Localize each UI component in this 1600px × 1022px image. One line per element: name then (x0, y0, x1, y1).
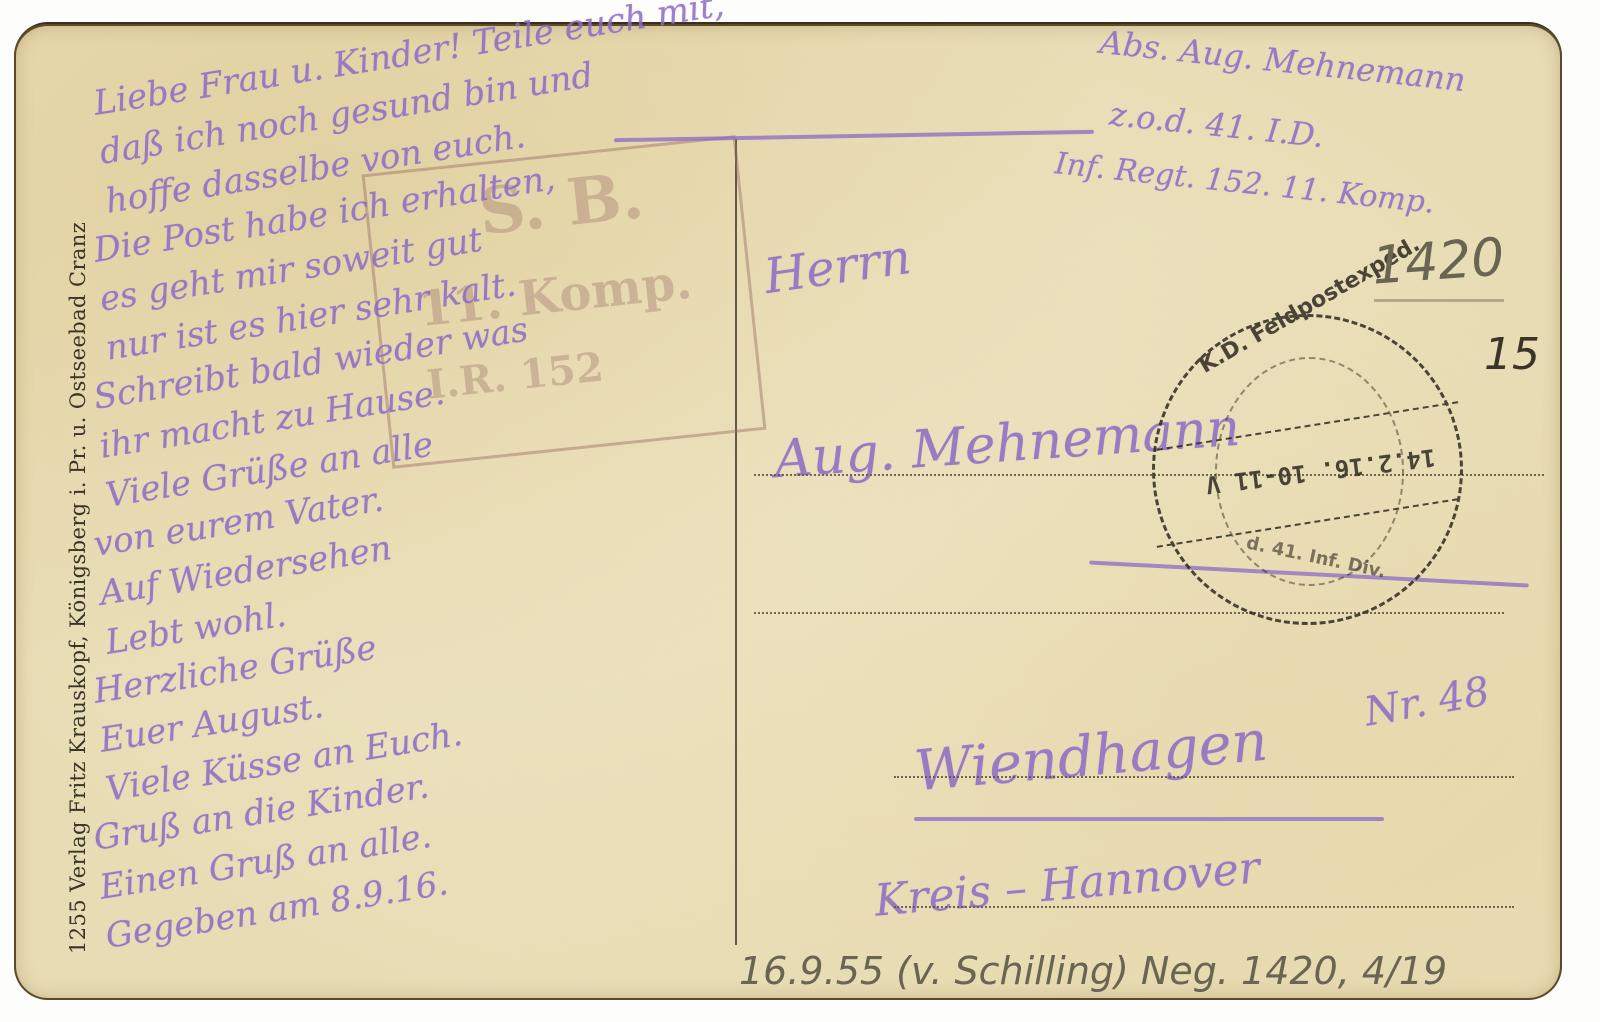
town-underline (914, 817, 1384, 821)
sender-line-1: Abs. Aug. Mehnemann (1098, 23, 1467, 99)
sender-line-3: Inf. Regt. 152. 11. Komp. (1053, 146, 1436, 221)
address-line-2 (754, 612, 1504, 614)
sender-underline (614, 130, 1094, 142)
recipient-town: Wiendhagen (912, 709, 1270, 805)
address-line-3 (894, 776, 1514, 778)
postcard: 1255 Verlag Fritz Krauskopf, Königsberg … (14, 22, 1562, 1000)
pencil-number: 1420 (1370, 227, 1506, 296)
pencil-small-number: 15 (1484, 329, 1540, 380)
pencil-underline (1374, 299, 1504, 302)
sender-line-2: z.o.d. 41. I.D. (1108, 95, 1326, 155)
imprint-text: 1255 Verlag Fritz Krauskopf, Königsberg … (66, 222, 90, 954)
pencil-bottom-note: 16.9.55 (v. Schilling) Neg. 1420, 4/19 (739, 949, 1447, 993)
publisher-imprint: 1255 Verlag Fritz Krauskopf, Königsberg … (36, 124, 96, 954)
recipient-salutation: Herrn (761, 229, 914, 305)
address-line-4 (894, 906, 1514, 908)
recipient-district: Kreis – Hannover (873, 842, 1262, 926)
postmark: K.D. Feldpostexped. 14.2.16. 10-11 V d. … (1152, 314, 1463, 625)
recipient-house: Nr. 48 (1361, 668, 1493, 735)
